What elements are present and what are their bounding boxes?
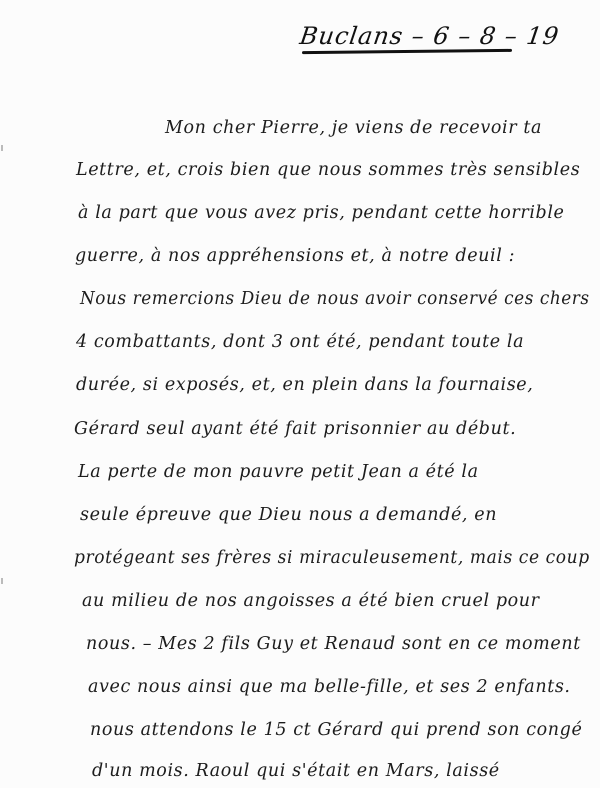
letter-line: Mon cher Pierre, je viens de recevoir ta (165, 118, 542, 138)
letter-line: La perte de mon pauvre petit Jean a été … (78, 462, 479, 482)
margin-mark (1, 578, 3, 584)
margin-mark (1, 145, 3, 151)
letter-line: nous. – Mes 2 fils Guy et Renaud sont en… (86, 634, 581, 654)
letter-line: seule épreuve que Dieu nous a demandé, e… (80, 505, 497, 525)
letter-line: à la part que vous avez pris, pendant ce… (78, 203, 565, 223)
letter-page: Buclans – 6 – 8 – 19 Mon cher Pierre, je… (0, 0, 600, 788)
letter-line: Lettre, et, crois bien que nous sommes t… (76, 160, 580, 180)
letter-line: d'un mois. Raoul qui s'était en Mars, la… (92, 761, 500, 781)
letter-line: avec nous ainsi que ma belle-fille, et s… (88, 677, 571, 697)
letter-line: 4 combattants, dont 3 ont été, pendant t… (76, 332, 524, 352)
letter-line: durée, si exposés, et, en plein dans la … (76, 375, 533, 395)
letter-line: Nous remercions Dieu de nous avoir conse… (80, 289, 590, 309)
letter-line: guerre, à nos appréhensions et, à notre … (75, 246, 515, 266)
place-date-heading: Buclans – 6 – 8 – 19 (298, 22, 561, 50)
letter-line: Gérard seul ayant été fait prisonnier au… (74, 419, 516, 439)
letter-line: nous attendons le 15 ct Gérard qui prend… (90, 720, 582, 740)
letter-line: au milieu de nos angoisses a été bien cr… (82, 591, 540, 611)
letter-line: protégeant ses frères si miraculeusement… (74, 548, 590, 568)
